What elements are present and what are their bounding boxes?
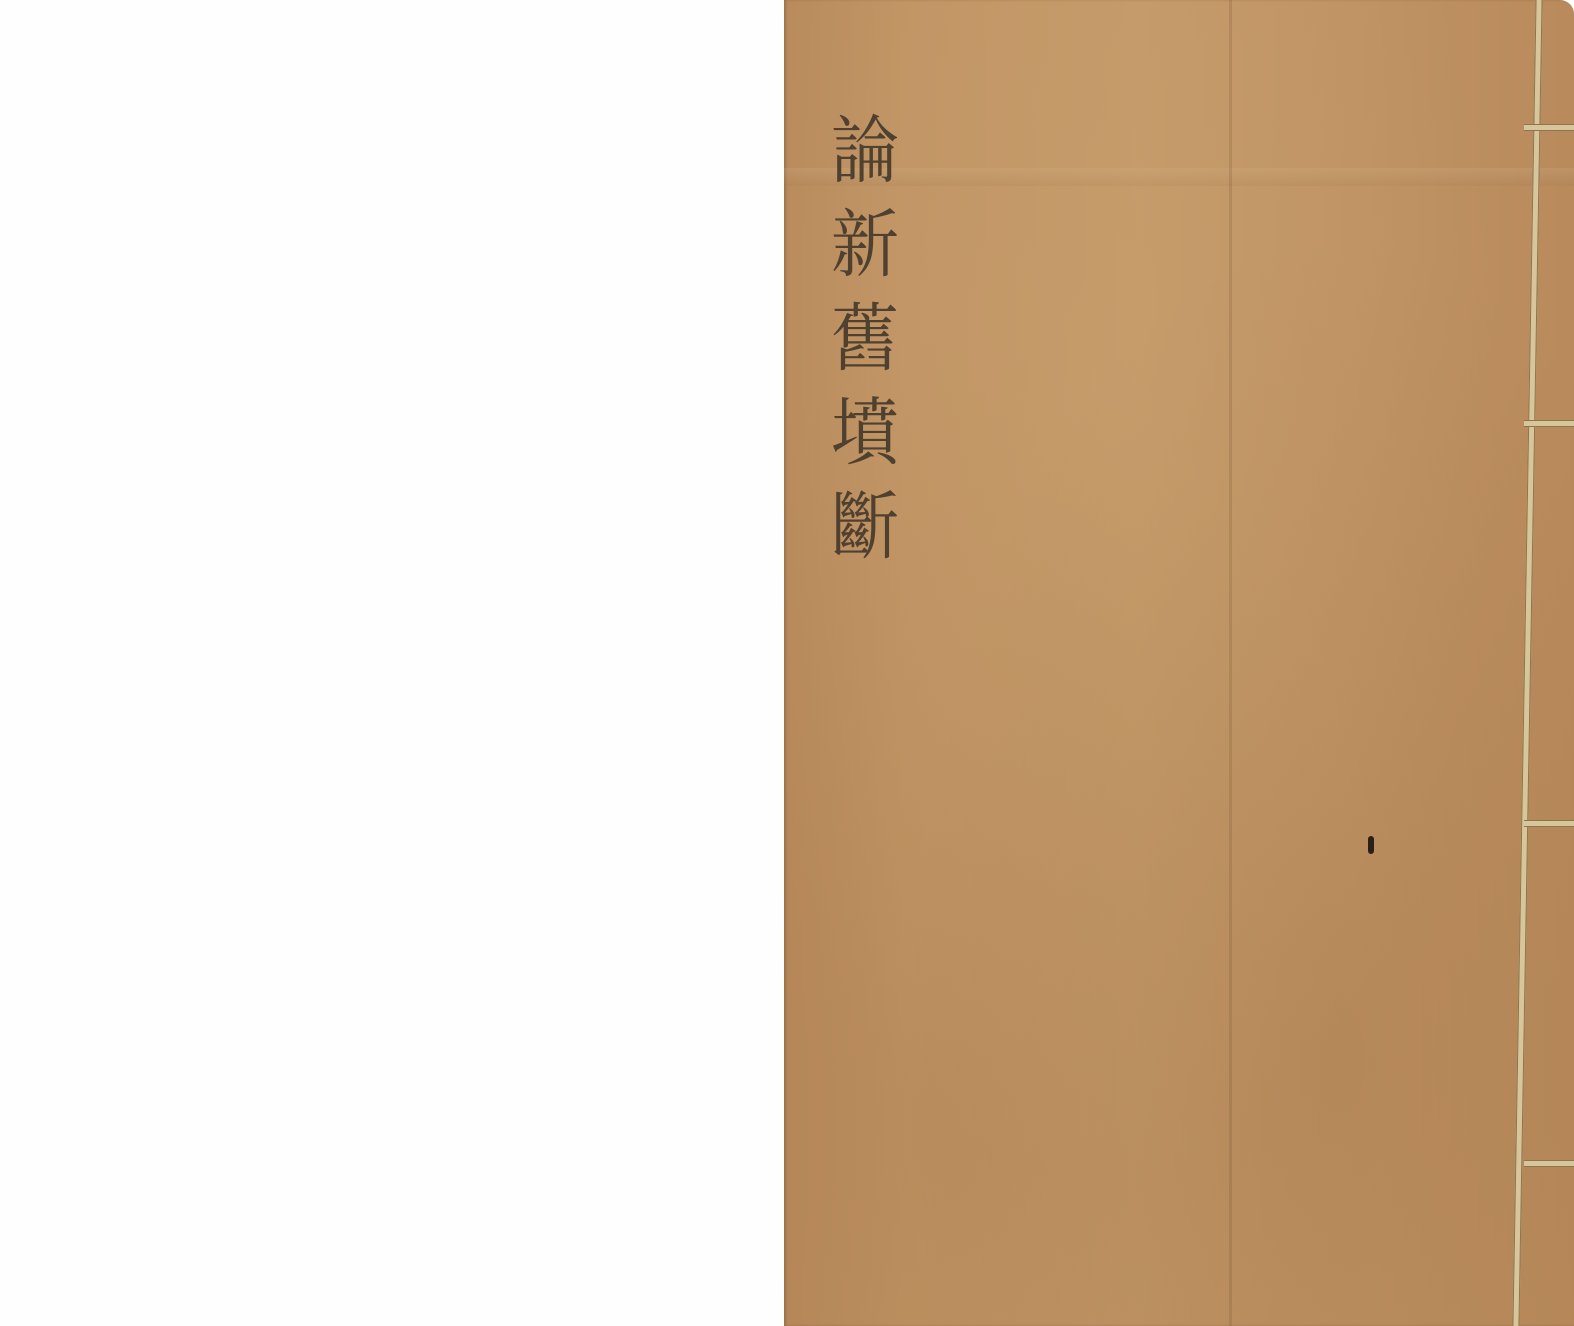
blank-left-page: [0, 0, 784, 1326]
title-char: 新: [831, 198, 899, 292]
title-char: 舊: [831, 292, 899, 386]
binding-stitch: [1524, 820, 1574, 827]
book-cover: 論 新 舊 墳 斷: [784, 0, 1574, 1326]
binding-stitch: [1524, 124, 1574, 131]
binding-stitch: [1524, 420, 1574, 427]
cover-crease: [1229, 0, 1232, 1326]
cover-title: 論 新 舊 墳 斷: [820, 104, 910, 574]
ink-spot: [1368, 836, 1374, 854]
thread-binding: [1504, 0, 1574, 1326]
binding-stitch: [1524, 1160, 1574, 1167]
title-char: 斷: [831, 480, 899, 574]
title-char: 論: [831, 104, 899, 198]
title-char: 墳: [831, 386, 899, 480]
binding-thread-vertical: [1512, 0, 1542, 1326]
